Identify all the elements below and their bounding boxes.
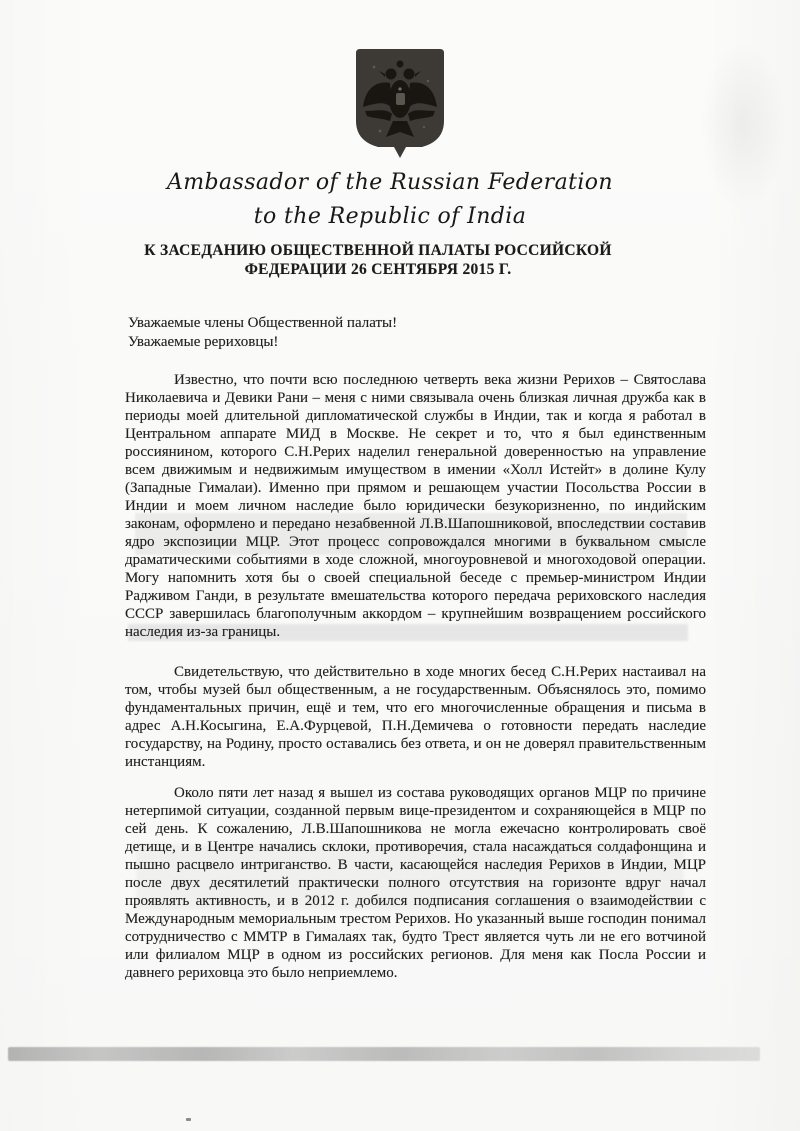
letterhead: Ambassador of the Russian Federation to … [80,166,700,234]
scanned-letter-page: Ambassador of the Russian Federation to … [0,0,800,1131]
russian-coat-of-arms-icon [354,47,446,160]
salutation-line-1: Уважаемые члены Общественной палаты! [128,314,688,333]
letterhead-line-2: to the Republic of India [80,200,700,234]
paragraph-2: Свидетельствую, что действительно в ходе… [125,663,706,771]
document-title-line-1: К ЗАСЕДАНИЮ ОБЩЕСТВЕННОЙ ПАЛАТЫ РОССИЙСК… [70,241,686,260]
paragraph-3: Около пяти лет назад я вышел из состава … [125,784,706,982]
scan-smudge [700,40,786,210]
letterhead-line-1: Ambassador of the Russian Federation [80,166,700,200]
document-title-line-2: ФЕДЕРАЦИИ 26 СЕНТЯБРЯ 2015 Г. [70,260,686,279]
salutation-line-2: Уважаемые рериховцы! [128,333,688,352]
paragraph-1: Известно, что почти всю последнюю четвер… [125,371,706,641]
salutation: Уважаемые члены Общественной палаты! Ува… [128,314,688,351]
document-title: К ЗАСЕДАНИЮ ОБЩЕСТВЕННОЙ ПАЛАТЫ РОССИЙСК… [70,241,686,279]
scan-speck [186,1118,191,1121]
letter-body: Известно, что почти всю последнюю четвер… [125,371,706,982]
scan-artifact-band [8,1047,760,1061]
